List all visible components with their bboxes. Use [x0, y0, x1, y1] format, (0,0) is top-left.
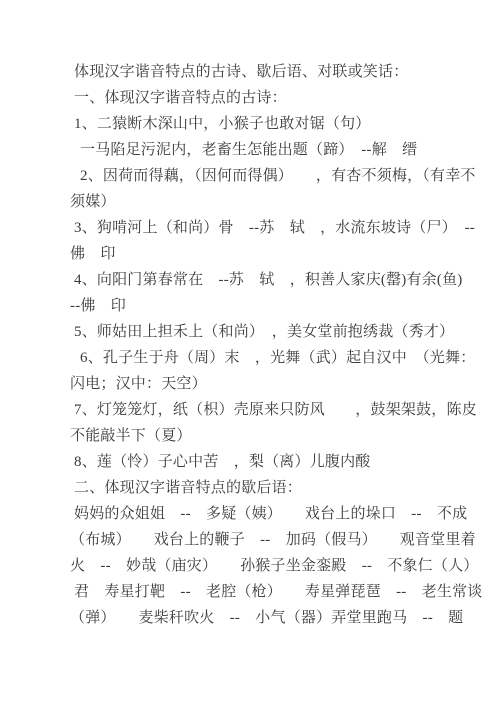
poem-item-5: 5、师姑田上担禾上（和尚） ，美女堂前抱绣裁（秀才） [70, 319, 472, 345]
poem-item-2-line-2: 须媒） [70, 189, 472, 215]
poem-item-7: 7、灯笼笼灯，纸（枳）壳原来只防风 ，鼓架架鼓，陈皮 [70, 397, 472, 423]
xiehouyu-line-2: （布城） 戏台上的鞭子 -- 加码（假马） 观音堂里着 [70, 527, 472, 553]
poem-item-1: 1、二猿断木深山中，小猴子也敢对锯（句） [70, 111, 472, 137]
section-one-heading: 一、体现汉字谐音特点的古诗： [70, 85, 472, 111]
xiehouyu-line-3: 火 -- 妙哉（庙灾） 孙猴子坐金銮殿 -- 不象仁（人） [70, 553, 472, 579]
document-body: 体现汉字谐音特点的古诗、歇后语、对联或笑话： 一、体现汉字谐音特点的古诗： 1、… [70, 59, 472, 631]
poem-item-6-line-2: 闪电；汉中：天空） [70, 371, 472, 397]
poem-item-1-line-2: 一马陷足污泥内，老畜生怎能出题（蹄） --解 缙 [70, 137, 472, 163]
poem-item-2: 2、因荷而得藕，（因何而得偶） ，有杏不须梅，（有幸不 [70, 163, 472, 189]
document-page: 体现汉字谐音特点的古诗、歇后语、对联或笑话： 一、体现汉字谐音特点的古诗： 1、… [0, 0, 500, 708]
xiehouyu-line-1: 妈妈的众姐姐 -- 多疑（姨） 戏台上的垛口 -- 不成 [70, 501, 472, 527]
poem-item-6: 6、孔子生于舟（周）末 ，光舞（武）起自汉中 （光舞： [70, 345, 472, 371]
poem-item-7-line-2: 不能敲半下（夏） [70, 423, 472, 449]
doc-title-line: 体现汉字谐音特点的古诗、歇后语、对联或笑话： [70, 59, 472, 85]
xiehouyu-line-5: （弹） 麦柴秆吹火 -- 小气（器）弄堂里跑马 -- 题 [70, 605, 472, 631]
poem-item-8: 8、莲（怜）子心中苦 ，梨（离）儿腹内酸 [70, 449, 472, 475]
poem-item-4: 4、向阳门第春常在 --苏 轼 ，积善人家庆(罄)有余(鱼) [70, 267, 472, 293]
poem-item-4-line-2: --佛 印 [70, 293, 472, 319]
poem-item-3: 3、狗啃河上（和尚）骨 --苏 轼 ，水流东坡诗（尸） -- [70, 215, 472, 241]
xiehouyu-line-4: 君 寿星打靶 -- 老腔（枪） 寿星弹琵琶 -- 老生常谈 [70, 579, 472, 605]
poem-item-3-line-2: 佛 印 [70, 241, 472, 267]
section-two-heading: 二、体现汉字谐音特点的歇后语： [70, 475, 472, 501]
